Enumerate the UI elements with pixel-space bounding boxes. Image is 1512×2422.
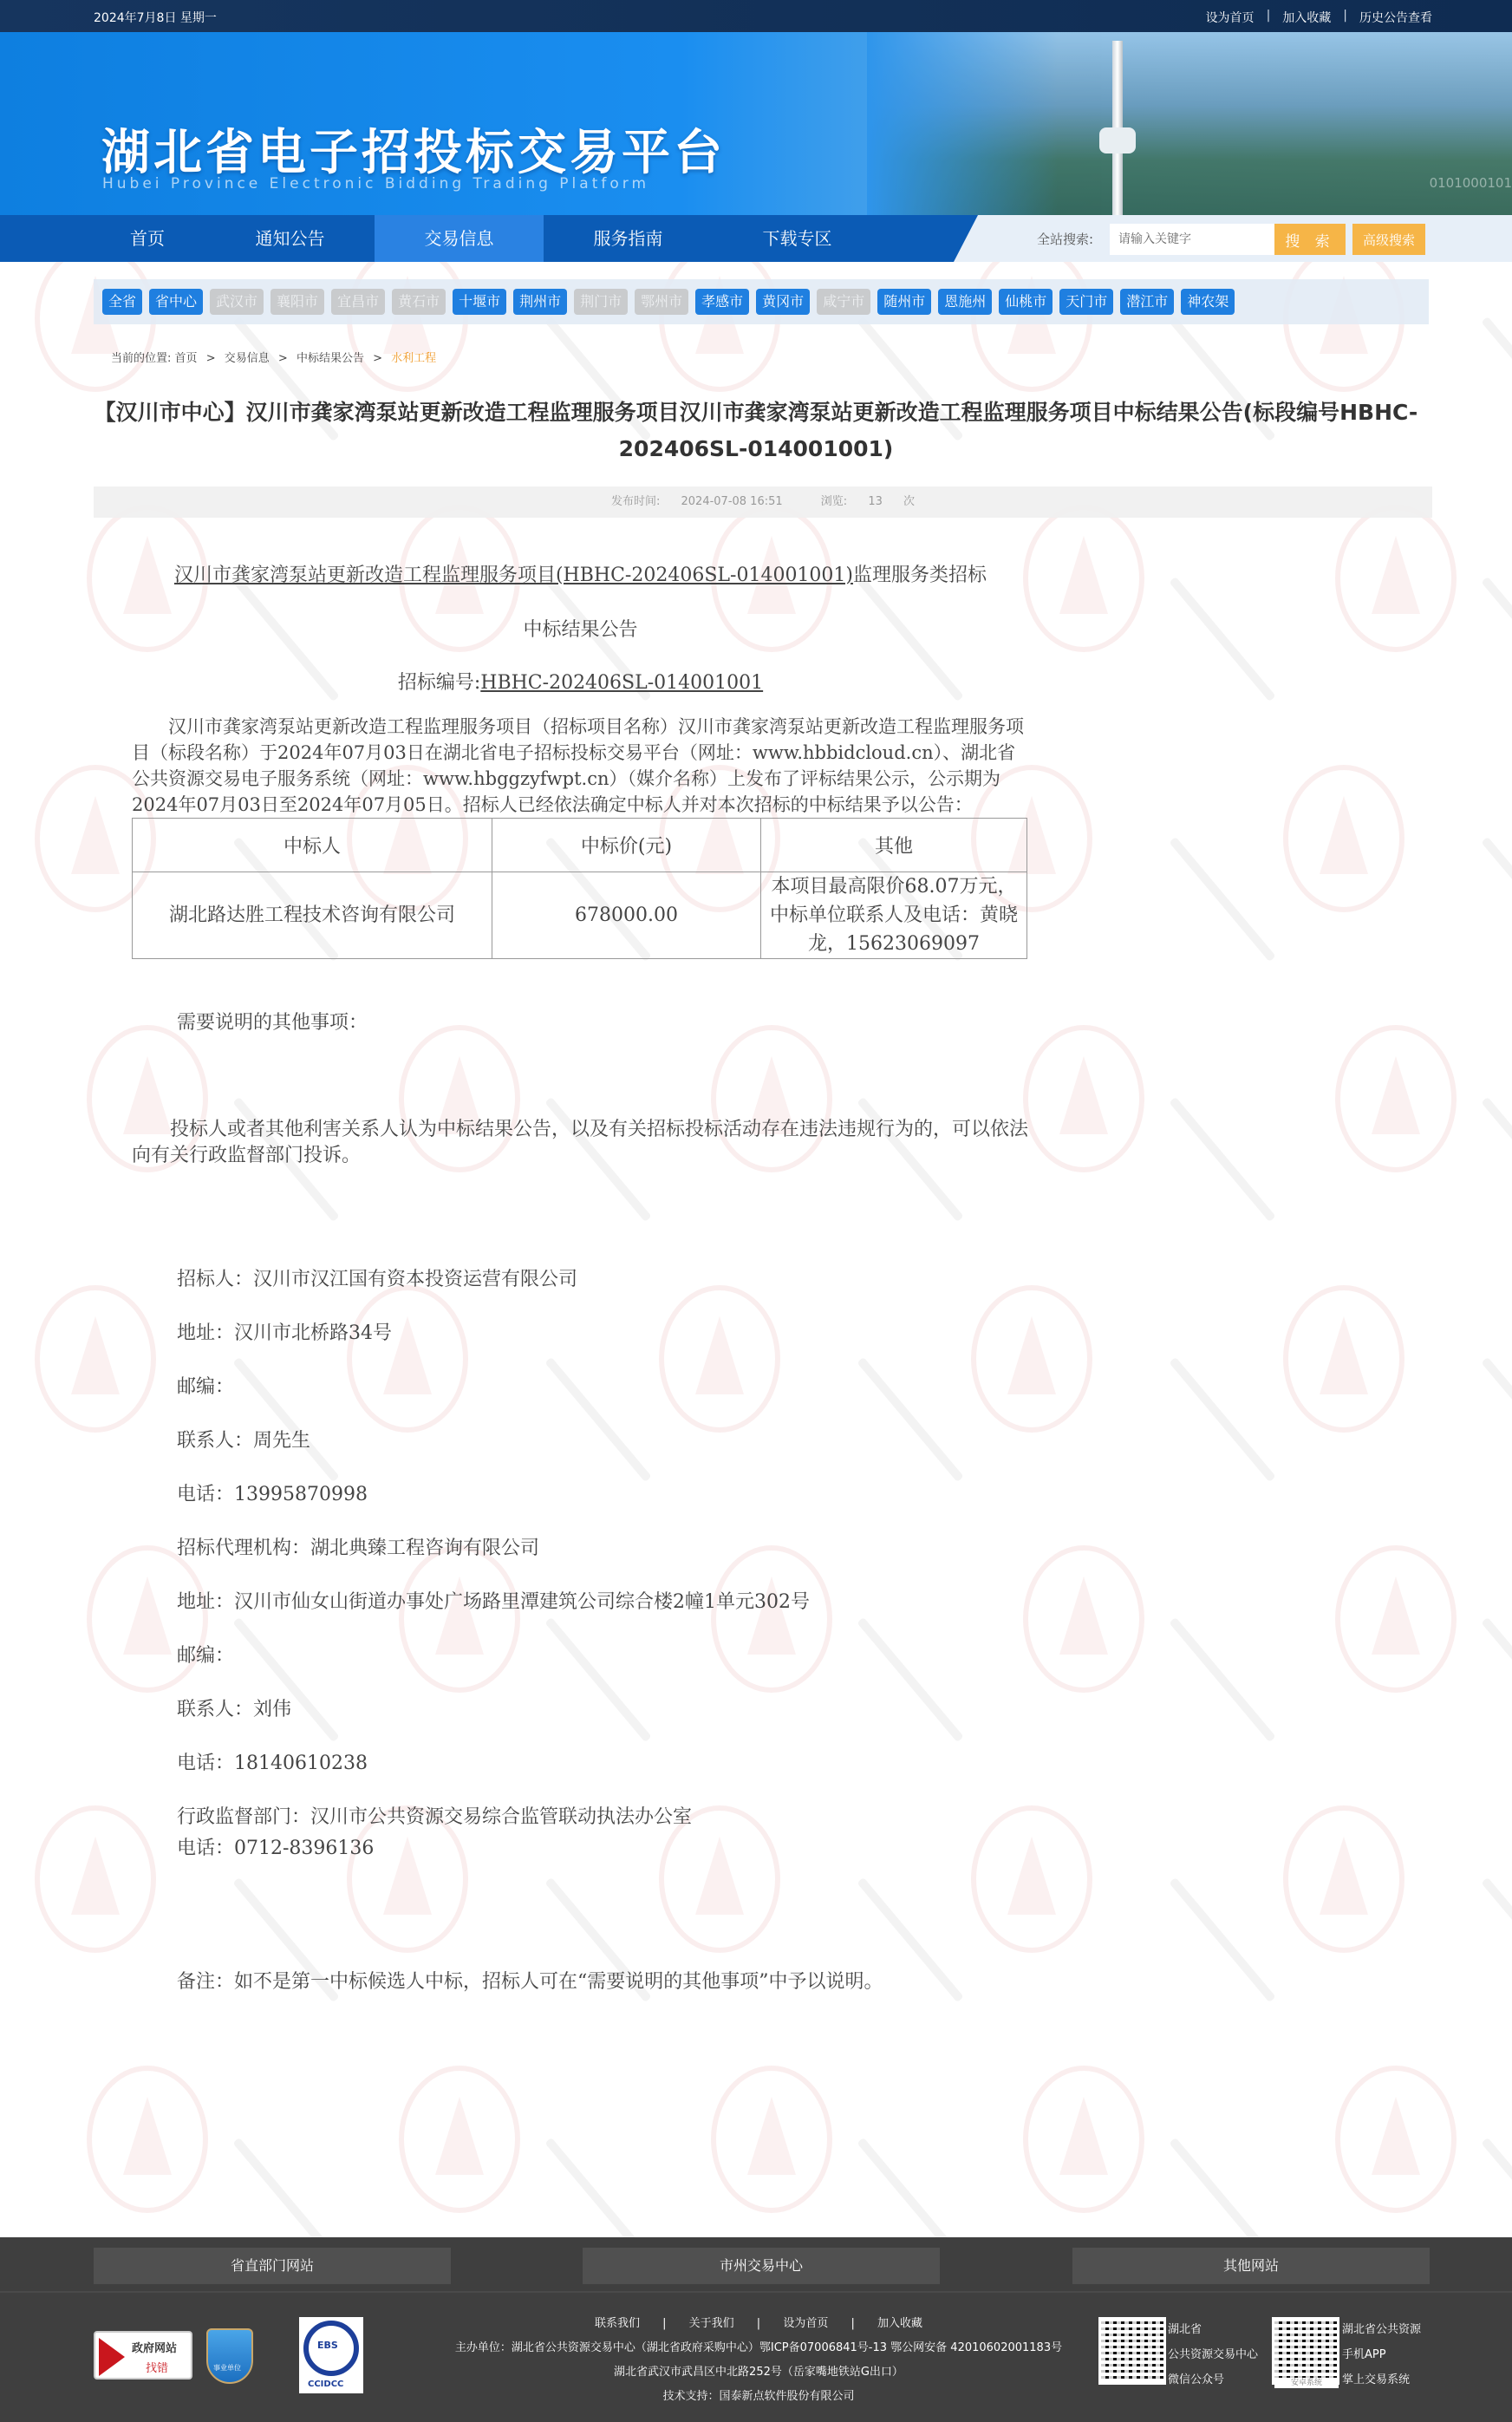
watermark-text: [1169, 2138, 1275, 2237]
city-tag: 荆门市: [574, 289, 628, 315]
divider: |: [1267, 9, 1271, 26]
qr1-line: 微信公众号: [1168, 2367, 1258, 2393]
set-homepage-link[interactable]: 设为首页: [1206, 9, 1255, 26]
ebs-text: EBS: [317, 2340, 338, 2351]
watermark-text: [1481, 1357, 1512, 1482]
city-tag[interactable]: 孝感市: [695, 289, 749, 315]
watermark-text: [1169, 1617, 1275, 1742]
app-qr-caption: 湖北省公共资源 手机APP 掌上交易系统: [1342, 2317, 1421, 2393]
watermark-seal-icon: [1335, 2066, 1457, 2213]
watermark-seal-icon: [1335, 1545, 1457, 1693]
watermark-text: [544, 2138, 651, 2237]
wechat-qr-caption: 湖北省 公共资源交易中心 微信公众号: [1168, 2317, 1258, 2393]
column-header: 中标人: [133, 819, 492, 872]
price-cell: 678000.00: [492, 872, 761, 959]
sponsor-info: 主办单位：湖北省公共资源交易中心（湖北省政府采购中心）鄂ICP备07006841…: [416, 2338, 1101, 2354]
winner-cell: 湖北路达胜工程技术咨询有限公司: [133, 872, 492, 959]
publish-label: 发布时间:: [611, 495, 660, 508]
contacts-section: 招标人：汉川市汉江国有资本投资运营有限公司地址：汉川市北桥路34号邮编：联系人：…: [132, 1266, 1029, 1863]
watermark-seal-icon: [1283, 1805, 1404, 1953]
watermark-text: [1481, 837, 1512, 962]
city-tag[interactable]: 天门市: [1059, 289, 1113, 315]
nav-notices[interactable]: 通知公告: [205, 215, 375, 262]
contact-line: 邮编：: [177, 1374, 1029, 1401]
other-cell: 本项目最高限价68.07万元，中标单位联系人及电话：黄晓龙，1562306909…: [761, 872, 1027, 959]
article-meta: 发布时间: 2024-07-08 16:51 浏览: 13 次: [94, 486, 1432, 518]
breadcrumb-home[interactable]: 首页: [175, 352, 198, 365]
contact-line: 地址：汉川市仙女山街道办事处广场路里潭建筑公司综合楼2幢1单元302号: [177, 1589, 1029, 1616]
contact-line: 招标人：汉川市汉江国有资本投资运营有限公司: [177, 1266, 1029, 1294]
contact-line: 电话：0712-8396136: [177, 1835, 1029, 1863]
site-subtitle: Hubei Province Electronic Bidding Tradin…: [102, 175, 649, 193]
watermark-text: [1169, 577, 1275, 702]
city-tag[interactable]: 荆州市: [513, 289, 567, 315]
nav-service-guide[interactable]: 服务指南: [544, 215, 713, 262]
top-links: 设为首页 | 加入收藏 | 历史公告查看: [1206, 9, 1432, 26]
watermark-text: [857, 2138, 963, 2237]
watermark-seal-icon: [399, 2066, 520, 2213]
city-tag[interactable]: 随州市: [877, 289, 931, 315]
qr1-line: 湖北省: [1168, 2317, 1258, 2342]
contact-line: 联系人：周先生: [177, 1427, 1029, 1455]
city-tag[interactable]: 全省: [102, 289, 142, 315]
views-value: 13: [868, 495, 883, 508]
search-button[interactable]: 搜 索: [1274, 224, 1346, 255]
app-qr-code: [1272, 2317, 1339, 2385]
binary-decoration: 0101000101: [1430, 175, 1512, 191]
current-date: 2024年7月8日 星期一: [94, 9, 217, 26]
views-unit: 次: [903, 495, 915, 508]
breadcrumb-award-notice[interactable]: 中标结果公告: [297, 352, 364, 365]
city-tag: 咸宁市: [817, 289, 870, 315]
divider: |: [662, 2317, 666, 2330]
city-tag[interactable]: 黄冈市: [756, 289, 810, 315]
tech-support-info: 技术支持：国泰新点软件股份有限公司: [425, 2386, 1092, 2403]
wechat-qr-code: [1098, 2317, 1166, 2385]
search-label: 全站搜索:: [1037, 230, 1093, 248]
city-filter-bar: 全省省中心武汉市襄阳市宜昌市黄石市十堰市荆州市荆门市鄂州市孝感市黄冈市咸宁市随州…: [94, 279, 1429, 324]
breadcrumb-trade-info[interactable]: 交易信息: [225, 352, 270, 365]
breadcrumb-label: 当前的位置:: [111, 352, 171, 365]
watermark-seal-icon: [1023, 505, 1144, 652]
publish-time-value: 2024-07-08 16:51: [681, 495, 783, 508]
table-row: 湖北路达胜工程技术咨询有限公司 678000.00 本项目最高限价68.07万元…: [133, 872, 1027, 959]
watermark-text: [1481, 577, 1512, 702]
article-title: 【汉川市中心】汉川市龚家湾泵站更新改造工程监理服务项目汉川市龚家湾泵站更新改造工…: [80, 395, 1432, 467]
column-header: 其他: [761, 819, 1027, 872]
nav-downloads[interactable]: 下载专区: [713, 215, 882, 262]
divider: |: [850, 2317, 854, 2330]
complaint-paragraph: 投标人或者其他利害关系人认为中标结果公告，以及有关招标投标活动存在违法违规行为的…: [132, 1117, 1029, 1169]
views-label: 浏览:: [821, 495, 847, 508]
gov-badge-line1: 政府网站: [132, 2339, 177, 2355]
city-tag: 鄂州市: [635, 289, 688, 315]
breadcrumb-separator: >: [278, 352, 288, 365]
watermark-seal-icon: [1023, 1025, 1144, 1172]
column-header: 中标价(元): [492, 819, 761, 872]
watermark-text: [1481, 2138, 1512, 2237]
watermark-seal-icon: [1335, 1025, 1457, 1172]
nav-home[interactable]: 首页: [89, 215, 205, 262]
publish-time: 发布时间: 2024-07-08 16:51: [603, 495, 792, 508]
city-tag: 襄阳市: [270, 289, 324, 315]
footer-links: 联系我们 | 关于我们 | 设为首页 | 加入收藏: [425, 2314, 1092, 2330]
city-tag[interactable]: 仙桃市: [999, 289, 1053, 315]
watermark-text: [1169, 1357, 1275, 1482]
contact-line: 招标代理机构：湖北典臻工程咨询有限公司: [177, 1535, 1029, 1563]
city-tag: 黄石市: [392, 289, 446, 315]
magnifier-icon: [99, 2338, 125, 2376]
city-tag[interactable]: 神农架: [1181, 289, 1235, 315]
footer-add-favorite-link[interactable]: 加入收藏: [877, 2317, 922, 2330]
contact-line: 电话：13995870998: [177, 1481, 1029, 1509]
watermark-seal-icon: [711, 2066, 832, 2213]
city-tag[interactable]: 恩施州: [938, 289, 992, 315]
contact-us-link[interactable]: 联系我们: [595, 2317, 640, 2330]
tender-code-value: HBHC-202406SL-014001001: [480, 672, 763, 694]
provincial-dept-sites-button[interactable]: 省直部门网站: [94, 2248, 451, 2284]
public-institution-badge[interactable]: 事业单位: [206, 2328, 253, 2384]
tender-code-label: 招标编号:: [398, 672, 480, 694]
address-info: 湖北省武汉市武昌区中北路252号（岳家嘴地铁站G出口）: [425, 2362, 1092, 2379]
tv-tower-pod: [1099, 127, 1136, 153]
city-tag[interactable]: 省中心: [149, 289, 203, 315]
view-count: 浏览: 13 次: [812, 495, 923, 508]
other-sites-button[interactable]: 其他网站: [1072, 2248, 1430, 2284]
breadcrumb-separator: >: [373, 352, 382, 365]
other-matters: 需要说明的其他事项：: [132, 1009, 1029, 1037]
article-heading: 汉川市龚家湾泵站更新改造工程监理服务项目(HBHC-202406SL-01400…: [132, 561, 1029, 591]
shield-badge-text: 事业单位: [213, 2363, 241, 2373]
article-subheading: 中标结果公告: [132, 615, 1029, 642]
watermark-text: [1481, 1097, 1512, 1222]
city-tag[interactable]: 十堰市: [453, 289, 506, 315]
site-title: 湖北省电子招投标交易平台: [101, 114, 726, 184]
breadcrumb-separator: >: [206, 352, 216, 365]
watermark-text: [1481, 1877, 1512, 2002]
contact-line: 行政监督部门：汉川市公共资源交易综合监管联动执法办公室: [177, 1804, 1029, 1831]
breadcrumb-current: 水利工程: [391, 352, 436, 365]
divider: |: [1343, 9, 1347, 26]
city-tag[interactable]: 潜江市: [1120, 289, 1174, 315]
ebs-subtext: CCIDCC: [308, 2380, 343, 2389]
contact-line: 地址：汉川市北桥路34号: [177, 1320, 1029, 1348]
divider: |: [757, 2317, 760, 2330]
qr2-line: 掌上交易系统: [1342, 2367, 1421, 2393]
contact-line: 电话：18140610238: [177, 1750, 1029, 1778]
city-tag: 宜昌市: [331, 289, 385, 315]
watermark-text: [1169, 1097, 1275, 1222]
header-banner: 湖北省电子招投标交易平台 Hubei Province Electronic B…: [0, 32, 1512, 215]
city-skyline-image: [867, 32, 1512, 215]
watermark-seal-icon: [1283, 1285, 1404, 1433]
intro-paragraph: 汉川市龚家湾泵站更新改造工程监理服务项目（招标项目名称）汉川市龚家湾泵站更新改造…: [132, 714, 1029, 818]
watermark-text: [232, 2138, 339, 2237]
contact-line: 联系人：刘伟: [177, 1696, 1029, 1724]
footer: 省直部门网站 市州交易中心 其他网站 政府网站 找错 事业单位 EBS CCID…: [0, 2237, 1512, 2422]
footer-set-homepage-link[interactable]: 设为首页: [783, 2317, 828, 2330]
heading-suffix: 监理服务类招标: [853, 565, 987, 586]
footer-link-row: 省直部门网站 市州交易中心 其他网站: [0, 2237, 1512, 2293]
qr2-caption: 安卓系统: [1274, 2378, 1339, 2388]
nav-list: 首页 通知公告 交易信息 服务指南 下载专区: [89, 215, 882, 262]
qr2-line: 湖北省公共资源: [1342, 2317, 1421, 2342]
tender-code: 招标编号:HBHC-202406SL-014001001: [132, 668, 1029, 695]
gov-badge-line2: 找错: [146, 2359, 168, 2375]
watermark-text: [1481, 317, 1512, 441]
award-table: 中标人 中标价(元) 其他 湖北路达胜工程技术咨询有限公司 678000.00 …: [132, 818, 1027, 959]
search-input[interactable]: [1110, 224, 1274, 255]
qr1-line: 公共资源交易中心: [1168, 2342, 1258, 2367]
remark: 备注：如不是第一中标候选人中标，招标人可在“需要说明的其他事项”中予以说明。: [132, 1967, 1029, 1994]
table-header-row: 中标人 中标价(元) 其他: [133, 819, 1027, 872]
gov-site-error-report-badge[interactable]: 政府网站 找错: [94, 2331, 192, 2380]
watermark-text: [1169, 837, 1275, 962]
city-trade-centers-button[interactable]: 市州交易中心: [583, 2248, 940, 2284]
watermark-seal-icon: [1023, 2066, 1144, 2213]
watermark-seal-icon: [1023, 1545, 1144, 1693]
watermark-seal-icon: [1335, 505, 1457, 652]
watermark-seal-icon: [1283, 765, 1404, 912]
city-tag: 武汉市: [210, 289, 264, 315]
ebs-certification-badge[interactable]: EBS CCIDCC: [299, 2317, 363, 2393]
advanced-search-button[interactable]: 高级搜索: [1352, 224, 1425, 255]
nav-trade-info[interactable]: 交易信息: [375, 215, 544, 262]
qr2-line: 手机APP: [1342, 2342, 1421, 2367]
add-favorite-link[interactable]: 加入收藏: [1282, 9, 1331, 26]
history-notices-link[interactable]: 历史公告查看: [1359, 9, 1432, 26]
contact-line: 邮编：: [177, 1642, 1029, 1670]
top-bar: 2024年7月8日 星期一 设为首页 | 加入收藏 | 历史公告查看: [0, 0, 1512, 32]
breadcrumb: 当前的位置: 首页 > 交易信息 > 中标结果公告 > 水利工程: [111, 349, 1512, 365]
watermark-text: [1481, 1617, 1512, 1742]
article-body: 汉川市龚家湾泵站更新改造工程监理服务项目(HBHC-202406SL-01400…: [132, 561, 1029, 1994]
project-link[interactable]: 汉川市龚家湾泵站更新改造工程监理服务项目(HBHC-202406SL-01400…: [174, 565, 853, 586]
main-nav: 首页 通知公告 交易信息 服务指南 下载专区 全站搜索: 搜 索 高级搜索: [0, 215, 1512, 262]
watermark-seal-icon: [87, 2066, 208, 2213]
watermark-text: [1169, 1877, 1275, 2002]
about-us-link[interactable]: 关于我们: [689, 2317, 734, 2330]
